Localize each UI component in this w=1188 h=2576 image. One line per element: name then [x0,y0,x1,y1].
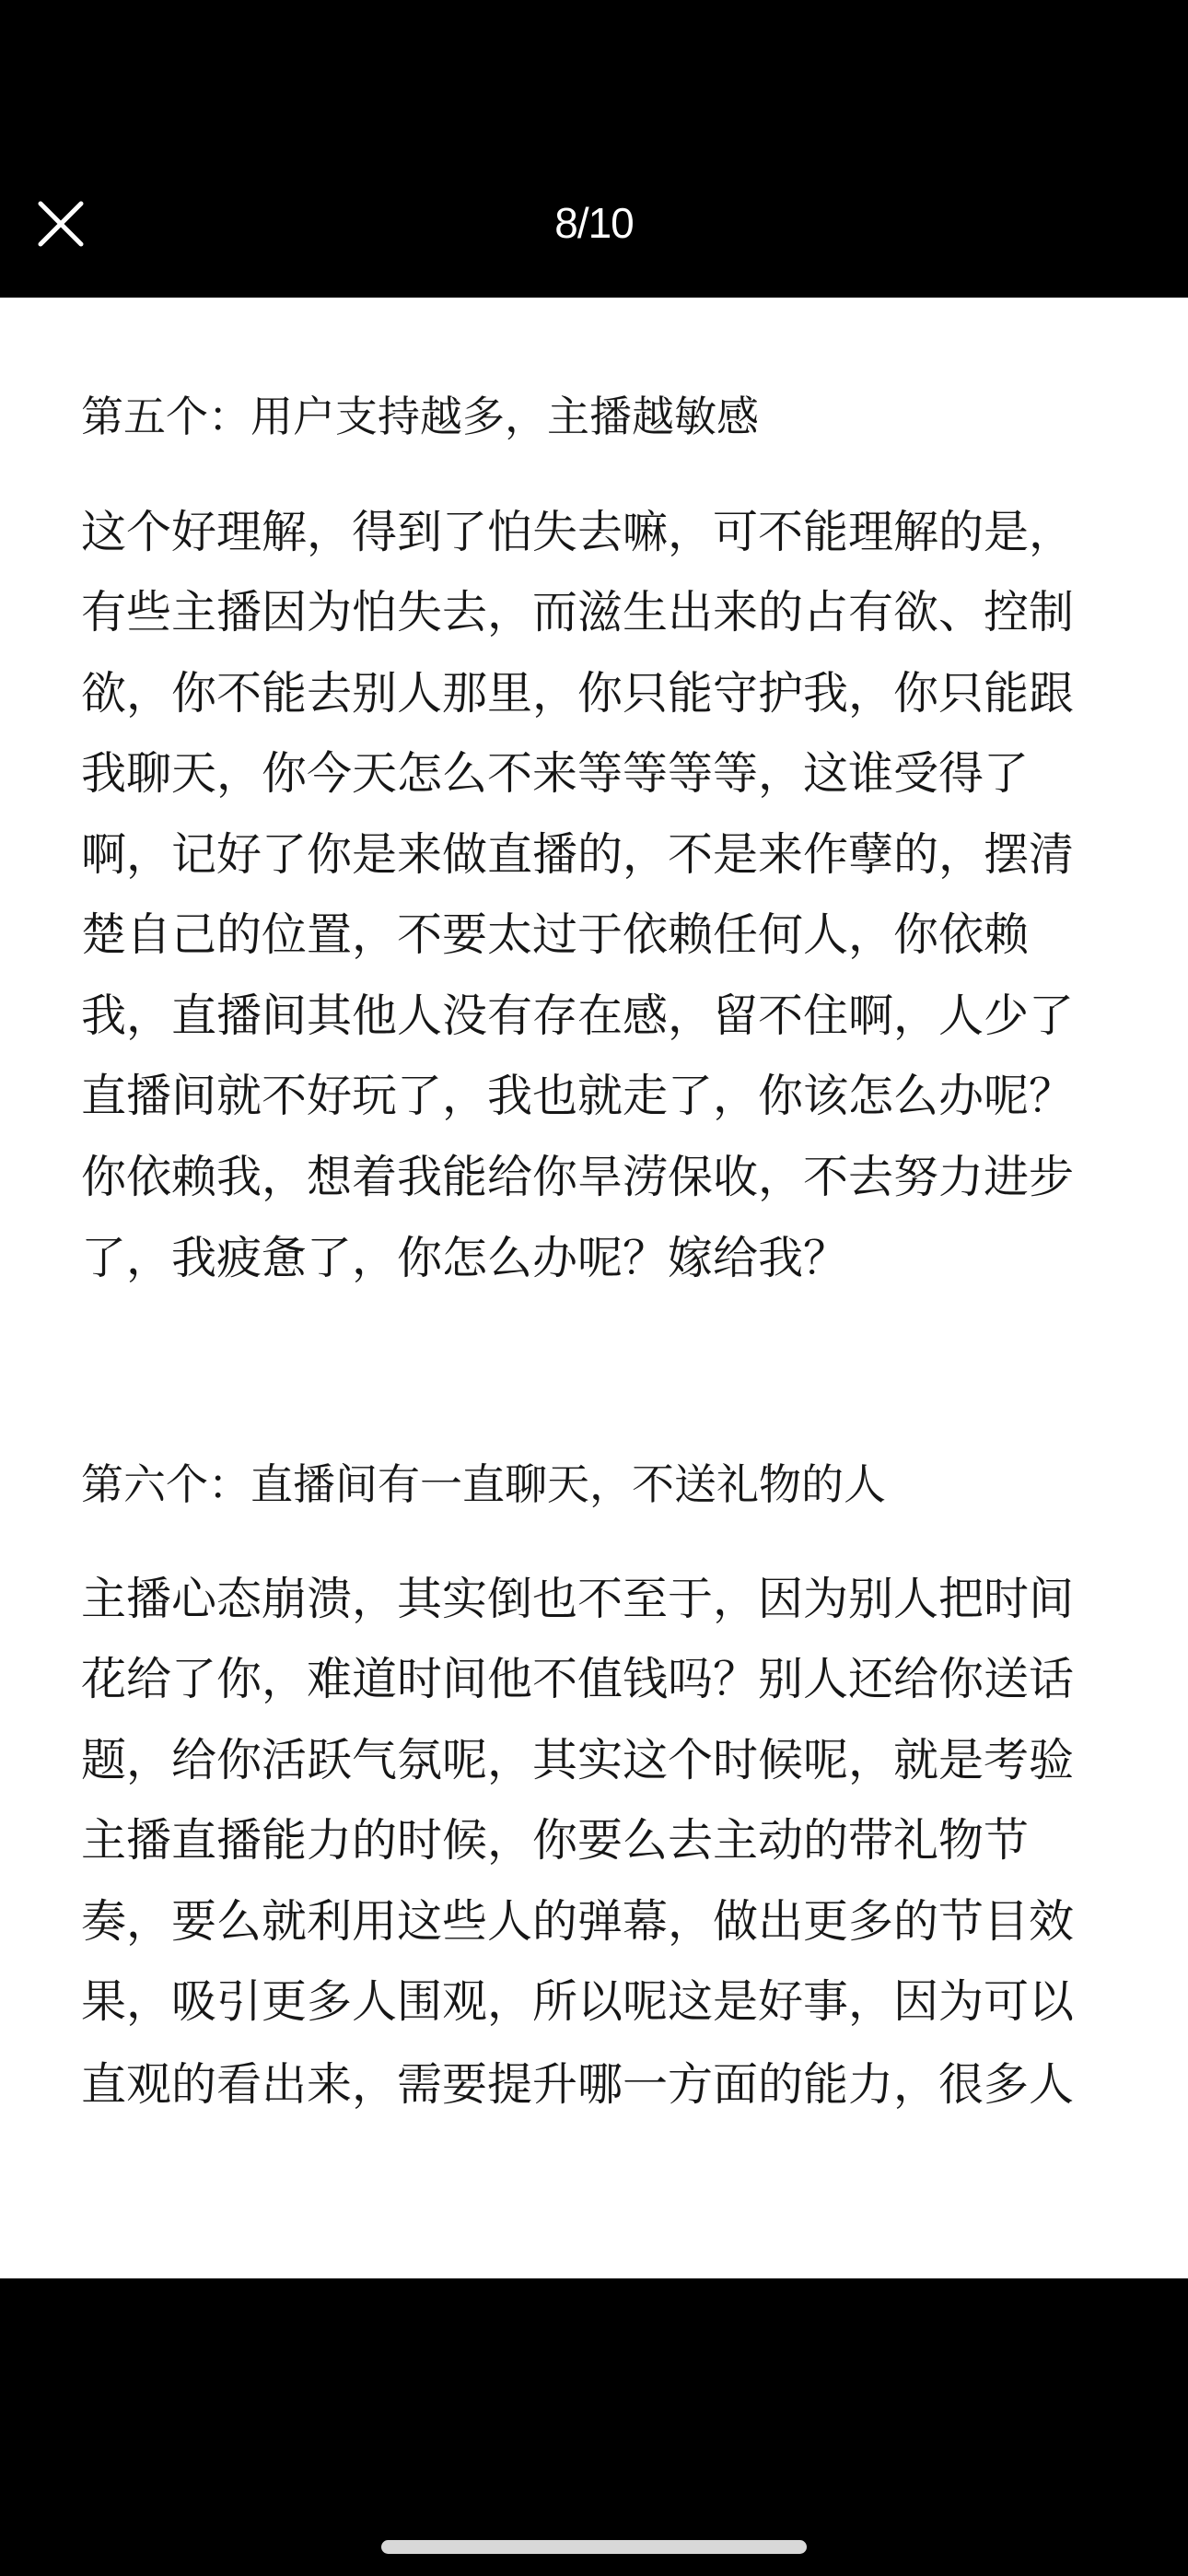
paragraph-line: 花给了你，难道时间他不值钱吗？别人还给你送话 [81,1652,1074,1707]
page-counter: 8/10 [0,195,1188,251]
paragraph-line: 我，直播间其他人没有存在感，留不住啊，人少了 [81,989,1074,1044]
viewer-top-bar: 8/10 [0,0,1188,298]
paragraph-line: 奏，要么就利用这些人的弹幕，做出更多的节目效 [81,1894,1074,1950]
home-indicator[interactable] [381,2540,807,2554]
section-heading: 第五个：用户支持越多，主播越敏感 [81,391,759,442]
paragraph-line: 直播间就不好玩了，我也就走了，你该怎么办呢？ [81,1069,1074,1124]
paragraph-line: 啊，记好了你是来做直播的，不是来作孽的，摆清 [81,827,1074,883]
paragraph-line: 果，吸引更多人围观，所以呢这是好事，因为可以 [81,1974,1074,2030]
paragraph-line: 题，给你活跃气氛呢，其实这个时候呢，就是考验 [81,1733,1074,1788]
paragraph-line: 有些主播因为怕失去，而滋生出来的占有欲、控制 [81,585,1074,640]
paragraph-line: 主播直播能力的时候，你要么去主动的带礼物节 [81,1813,1029,1868]
paragraph-line: 楚自己的位置，不要太过于依赖任何人，你依赖 [81,907,1029,963]
paragraph-line: 我聊天，你今天怎么不来等等等等，这谁受得了 [81,746,1029,802]
viewer-bottom-bar [0,2278,1188,2576]
paragraph-line: 这个好理解，得到了怕失去嘛，可不能理解的是， [81,505,1074,560]
paragraph-line: 直观的看出来，需要提升哪一方面的能力，很多人 [81,2057,1074,2113]
paragraph-line: 你依赖我，想着我能给你旱涝保收，不去努力进步 [81,1150,1074,1205]
section-heading: 第六个：直播间有一直聊天，不送礼物的人 [81,1458,886,1510]
paragraph-line: 欲，你不能去别人那里，你只能守护我，你只能跟 [81,666,1074,721]
paragraph-line: 主播心态崩溃，其实倒也不至于，因为别人把时间 [81,1572,1074,1627]
paragraph-line: 了，我疲惫了，你怎么办呢？嫁给我？ [81,1231,848,1286]
